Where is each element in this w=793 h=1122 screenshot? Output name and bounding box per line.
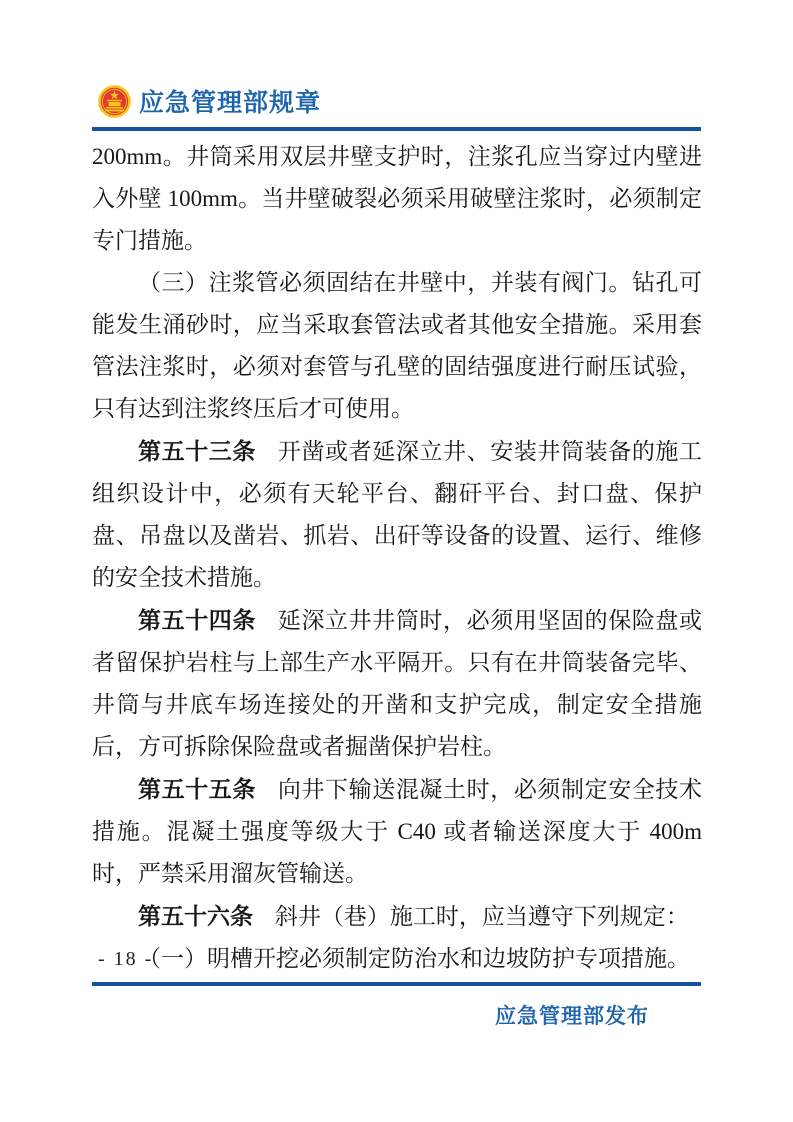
article-number: 第五十五条: [138, 776, 256, 802]
body-paragraph: 第五十六条斜井（巷）施工时，应当遵守下列规定：: [92, 895, 702, 938]
body-paragraph: （三）注浆管必须固结在井壁中，并装有阀门。钻孔可能发生涌砂时，应当采取套管法或者…: [92, 262, 702, 430]
body-paragraph: 200mm。井筒采用双层井壁支护时，注浆孔应当穿过内壁进入外壁 100mm。当井…: [92, 136, 702, 262]
header-title: 应急管理部规章: [139, 83, 321, 119]
document-page: 应急管理部规章 200mm。井筒采用双层井壁支护时，注浆孔应当穿过内壁进入外壁 …: [0, 0, 793, 1122]
article-number: 第五十六条: [138, 903, 253, 929]
paragraph-text: （三）注浆管必须固结在井壁中，并装有阀门。钻孔可能发生涌砂时，应当采取套管法或者…: [92, 270, 702, 421]
paragraph-text: 斜井（巷）施工时，应当遵守下列规定：: [275, 904, 689, 929]
body-paragraph: 第五十五条向井下输送混凝土时，必须制定安全技术措施。混凝土强度等级大于 C40 …: [92, 768, 702, 895]
paragraph-text: 200mm。井筒采用双层井壁支护时，注浆孔应当穿过内壁进入外壁 100mm。当井…: [92, 144, 702, 253]
header-divider: [92, 127, 701, 131]
body-paragraph: 第五十四条延深立井井筒时，必须用坚固的保险盘或者留保护岩柱与上部生产水平隔开。只…: [92, 599, 702, 768]
document-body: 200mm。井筒采用双层井壁支护时，注浆孔应当穿过内壁进入外壁 100mm。当井…: [92, 136, 702, 980]
article-number: 第五十四条: [138, 607, 256, 633]
article-number: 第五十三条: [138, 438, 256, 464]
document-header: 应急管理部规章: [97, 83, 321, 119]
china-national-emblem-icon: [97, 84, 132, 119]
publisher-label: 应急管理部发布: [92, 1000, 701, 1030]
document-footer: - 18 - 应急管理部发布: [92, 944, 701, 1030]
body-paragraph: 第五十三条开凿或者延深立井、安装井筒装备的施工组织设计中，必须有天轮平台、翻矸平…: [92, 430, 702, 599]
page-number: - 18 -: [92, 944, 701, 974]
footer-divider: [92, 982, 701, 986]
